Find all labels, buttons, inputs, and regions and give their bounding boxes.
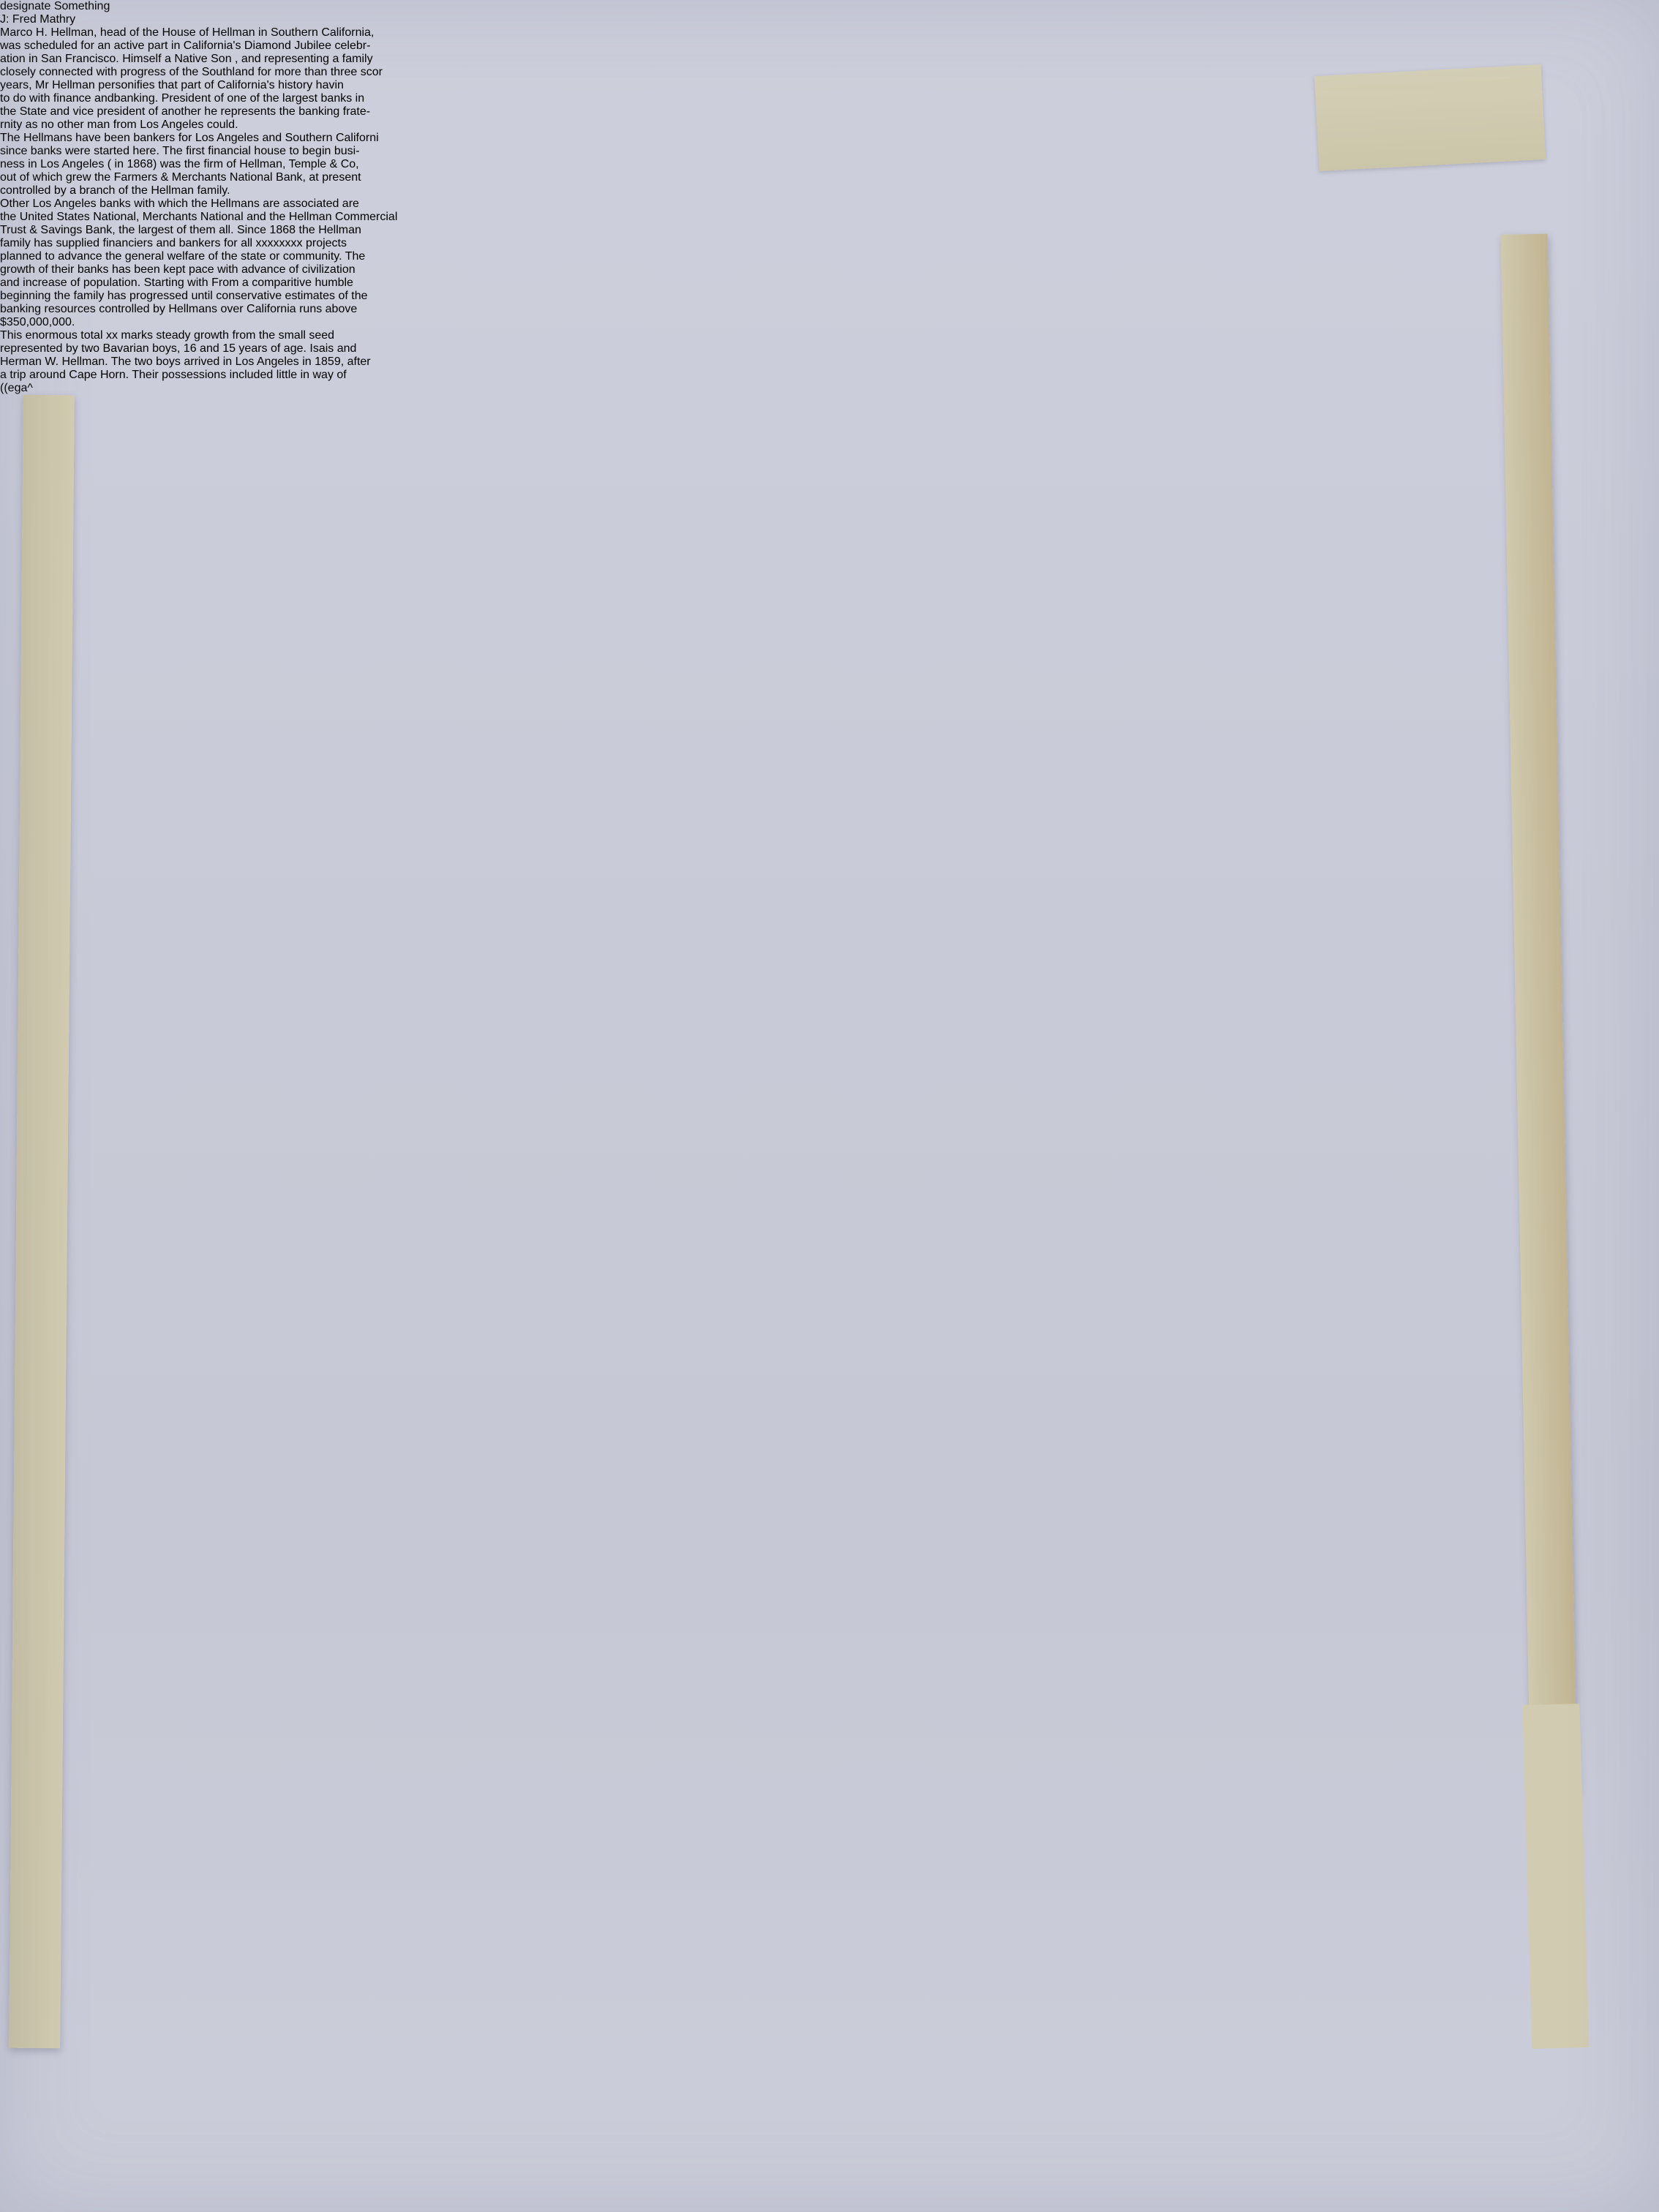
typed-text-segment: closely connected with progress of the S… [0,66,383,78]
typed-text-segment: growth of their banks has [0,263,134,276]
typed-text-segment: Marco H. Hellman, head of the House of H… [0,26,374,39]
typed-text-segment: kept pace with advance of civilization [160,263,355,276]
typed-text-segment: planned to advance the general welfare o… [0,250,365,263]
typed-text-segment: From a comparitive humble [208,276,353,289]
typed-line-p3-2: the United States National, Merchants Na… [0,211,1659,224]
under-sheet-right-lower-edge [1522,1704,1589,2049]
typed-text-segment: since banks were started here. The first… [0,145,360,157]
typed-text-segment: Herman W. Hellman. The two boys arrived … [0,355,371,368]
typed-text-segment: designate [0,0,54,12]
typed-text-segment: represented by two Bavarian boys, 16 and… [0,342,356,355]
struck-out-illegible-text: been [134,263,160,276]
typed-text-segment: out of which grew the Farmers & Merchant… [0,171,361,184]
ann-hand-caret: ^ [27,382,33,394]
typed-line-p3-9: banking resources controlled by Hellmans… [0,303,1659,316]
typed-text-segment: ation in San Francisco. Himself a Native… [0,53,373,65]
typed-line-p1-3: ation in San Francisco. Himself a Native… [0,53,1659,66]
typed-line-p3-4: family has supplied financiers and banke… [0,237,1659,250]
typed-text-segment: Angeles ( in 1868) was the firm of Hellm… [59,158,359,170]
under-sheet-left-edge [9,395,75,2049]
typed-text-segment: projects [303,237,347,249]
typed-text-segment: rnity as no other man from Los Angeles c… [0,118,238,131]
under-sheet-right-edge [1501,234,1578,1793]
under-sheet-top-right-edge [1314,64,1546,171]
typed-text-segment: family has supplied financiers and banke… [0,237,256,249]
typed-text-segment: was scheduled for an active part in Cali… [0,39,370,52]
struck-out-illegible-text: xxxxxxxx [256,237,303,249]
typed-text-segment: beginning the family has progressed unti… [0,290,368,302]
typed-line-p4-2: represented by two Bavarian boys, 16 and… [0,342,1659,355]
typed-text-segment: controlled by a branch of the Hellman fa… [0,184,230,197]
typed-line-p3-8: beginning the family has progressed unti… [0,290,1659,303]
typed-line-p2-5: controlled by a branch of the Hellman fa… [0,184,1659,197]
typed-text-segment: Trust & Savings Bank, the largest of the… [0,224,361,236]
typed-line-p4-1: This enormous total xx marks steady grow… [0,329,1659,342]
ann-hand-e: e [8,382,15,394]
typed-text-segment: Other Los Angeles banks with which the H… [0,197,359,210]
typed-text-segment: to do with finance andbanking. President… [0,92,364,105]
typed-line-p3-7: and increase of population. Starting wit… [0,276,1659,290]
typed-text-segment: The Hellmans have been bankers for Los A… [0,132,379,144]
typed-line-p4-3: Herman W. Hellman. The two boys arrived … [0,355,1659,369]
typed-text-segment: and increase of population. [0,276,144,289]
photograph-of-typewritten-document: designate Something J: Fred Mathry Marco… [0,0,1659,2212]
typed-text-segment: a trip around Cape Horn. Their possessio… [0,369,347,381]
struck-out-illegible-text: Something [54,0,110,12]
typed-text-segment: banking resources controlled by Hellmans… [0,303,357,315]
under-page-strip-text: designate Something [0,0,1659,13]
struck-out-text: Starting with [144,276,208,289]
typed-line-p3-6: growth of their banks has been kept pace… [0,263,1659,276]
typed-line-p1-1: Marco H. Hellman, head of the House of H… [0,26,1659,39]
typed-line-p1-2: was scheduled for an active part in Cali… [0,39,1659,53]
typed-line-p2-4: out of which grew the Farmers & Merchant… [0,171,1659,184]
handwritten-signature: J: Fred Mathry [0,13,75,26]
typed-line-p3-5: planned to advance the general welfare o… [0,250,1659,263]
typed-text-segment: $350,000,000. [0,316,75,328]
typed-line-p3-3: Trust & Savings Bank, the largest of the… [0,224,1659,237]
under-page-sliver: designate Something [0,0,1659,13]
typed-text-segment: the State and vice president of another … [0,105,370,118]
typed-line-p3-10: $350,000,000. [0,316,1659,329]
typed-text-segment: ness in Los [0,158,59,170]
struck-out-illegible-text: xx [106,329,118,342]
typed-text-segment: years, Mr Hellman personifies that part … [0,79,344,91]
typed-line-p3-1: Other Los Angeles banks with which the H… [0,197,1659,211]
typed-text-segment: This enormous total [0,329,106,342]
typed-line-p4-4: a trip around Cape Horn. Their possessio… [0,369,1659,382]
typed-text-segment: the United States National, Merchants Na… [0,211,397,223]
typed-text-segment: marks steady growth from the small seed [118,329,334,342]
